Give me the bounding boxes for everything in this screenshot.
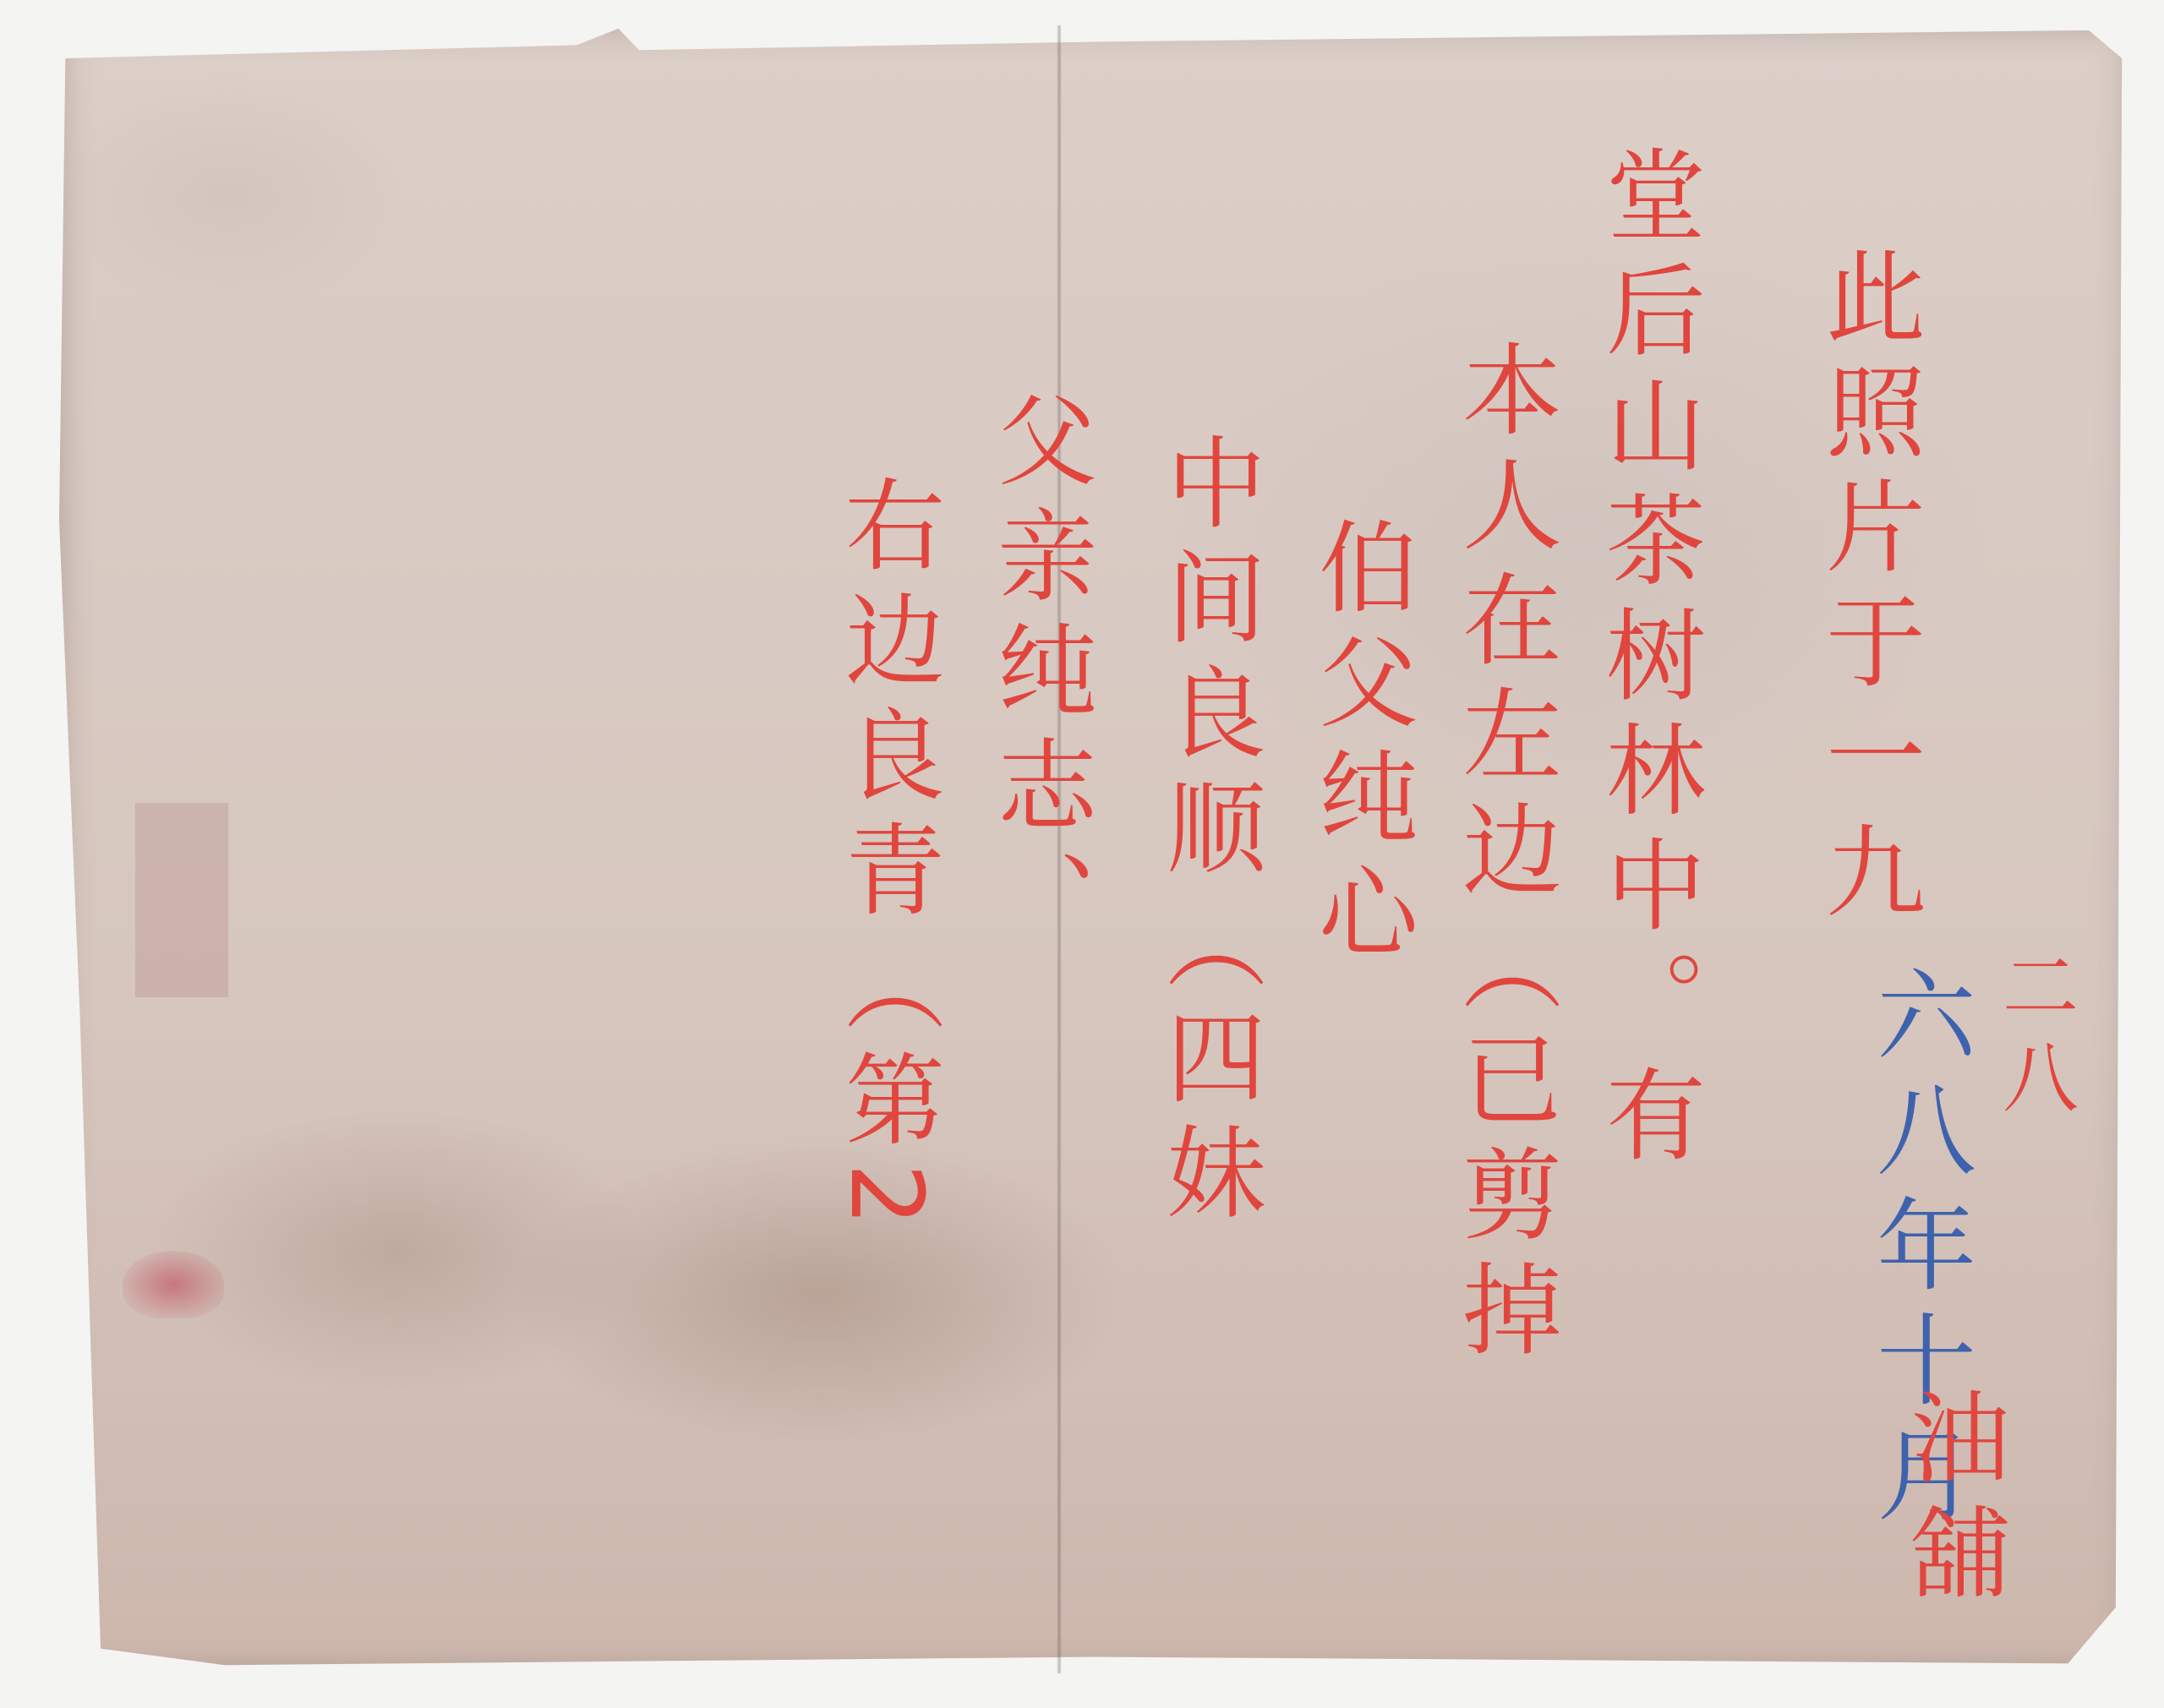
caption-line-5-text: 中间良顺（四妹 [1150,431,1266,1236]
caption-date-red-correction: 二八 [1995,947,2071,1129]
caption-line-6-text: 父亲纯志、 [981,389,1097,963]
caption-line-4-text: 伯父纯心 [1302,516,1418,975]
caption-line-1-text: 此照片于一九 [1809,245,1926,935]
red-ink-stain [123,1251,224,1318]
caption-line-3-text: 本人在左边（已剪掉 [1445,338,1562,1372]
caption-line-6: 父亲纯志、 [989,389,1089,963]
caption-line-1-end: 油舖 [1902,1386,2002,1616]
caption-line-7-text: 右边良青（第2 [828,473,945,1241]
date-red-text: 二八 [1989,947,2078,1129]
caption-line-1-end-text: 油舖 [1893,1386,2010,1616]
caption-line-4: 伯父纯心 [1310,516,1410,975]
caption-line-2: 堂后山茶树林中。有 [1598,144,1697,1178]
caption-line-2-text: 堂后山茶树林中。有 [1589,144,1706,1178]
caption-line-3: 本人在左边（已剪掉 [1454,338,1554,1372]
caption-line-1: 此照片于一九 [1817,245,1917,935]
caption-line-5: 中间良顺（四妹 [1158,431,1258,1236]
pink-stain [135,803,228,997]
caption-line-7: 右边良青（第2 [837,473,937,1241]
